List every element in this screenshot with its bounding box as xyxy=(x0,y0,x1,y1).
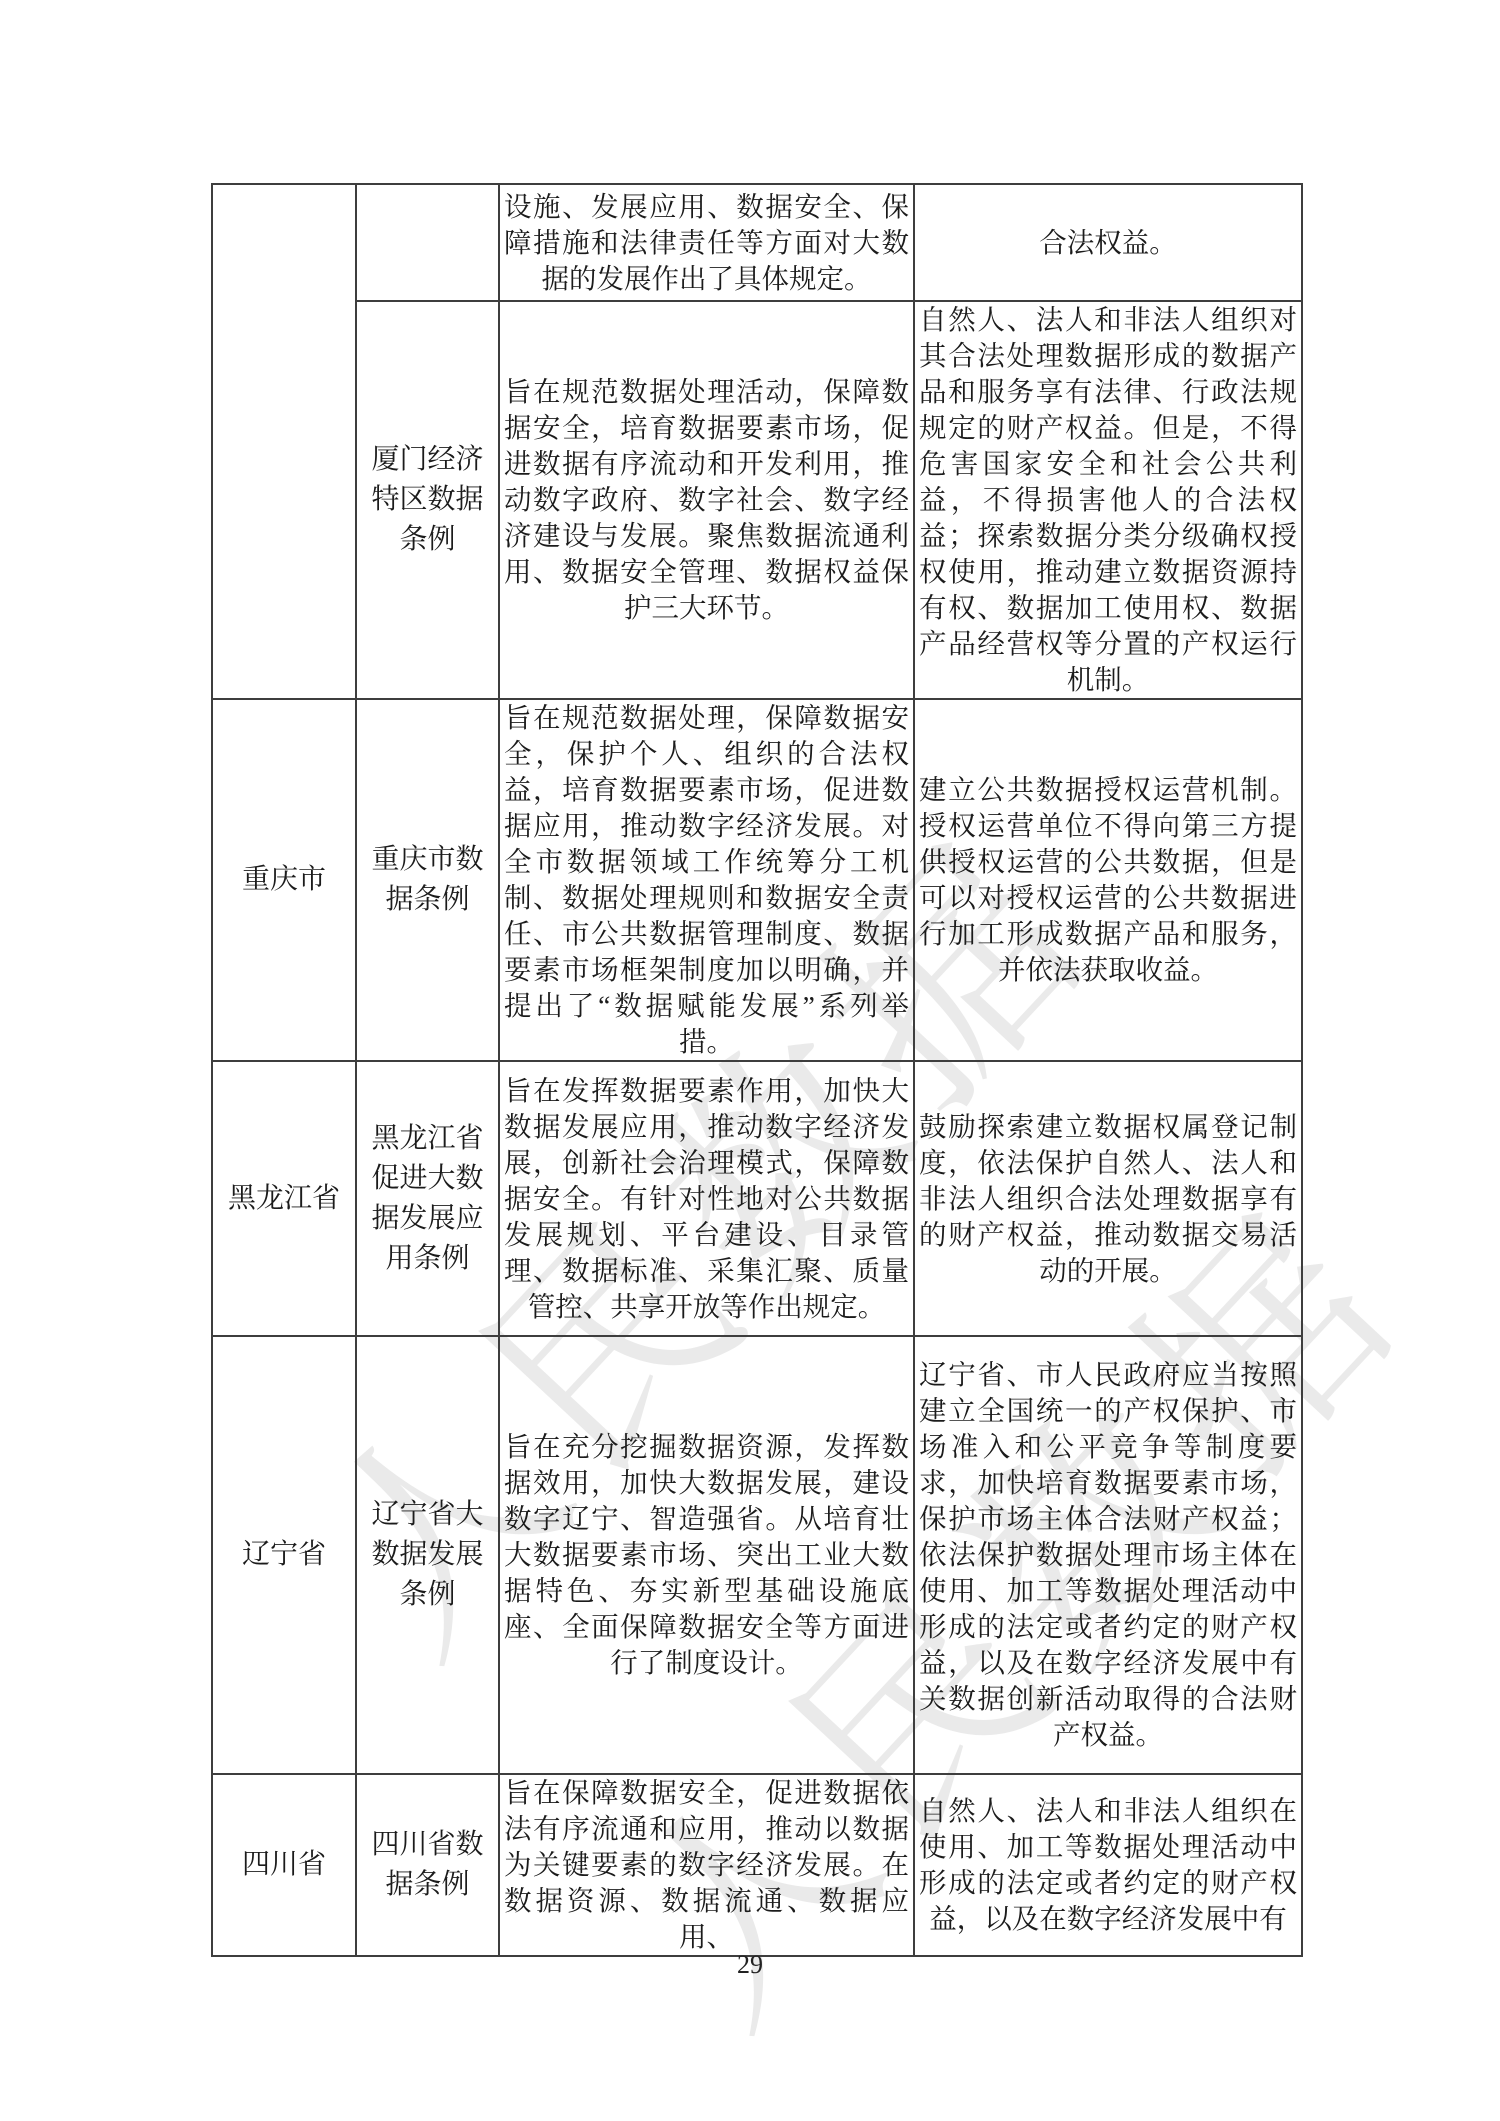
regulation-name-cell xyxy=(356,184,499,301)
rights-provision-cell: 自然人、法人和非法人组织在使用、加工等数据处理活动中形成的法定或者约定的财产权益… xyxy=(914,1774,1302,1956)
rights-provision-cell: 建立公共数据授权运营机制。授权运营单位不得向第三方提供授权运营的公共数据，但是可… xyxy=(914,699,1302,1061)
regulations-table: 设施、发展应用、数据安全、保障措施和法律责任等方面对大数据的发展作出了具体规定。… xyxy=(211,183,1303,1957)
province-cell xyxy=(212,184,356,699)
regulation-name-cell: 辽宁省大数据发展条例 xyxy=(356,1336,499,1774)
rights-provision-cell: 鼓励探索建立数据权属登记制度，依法保护自然人、法人和非法人组织合法处理数据享有的… xyxy=(914,1061,1302,1336)
province-cell: 辽宁省 xyxy=(212,1336,356,1774)
province-cell: 黑龙江省 xyxy=(212,1061,356,1336)
table-row: 重庆市 重庆市数据条例 旨在规范数据处理，保障数据安全，保护个人、组织的合法权益… xyxy=(212,699,1302,1061)
document-page: 人民数据 人民数据 设施、发展应用、数据安全、保障措施和法律责任等方面对大数据的… xyxy=(0,0,1500,2121)
table-row: 辽宁省 辽宁省大数据发展条例 旨在充分挖掘数据资源，发挥数据效用，加快大数据发展… xyxy=(212,1336,1302,1774)
rights-provision-cell: 自然人、法人和非法人组织对其合法处理数据形成的数据产品和服务享有法律、行政法规规… xyxy=(914,301,1302,699)
province-cell: 四川省 xyxy=(212,1774,356,1956)
regulation-summary-cell: 旨在保障数据安全，促进数据依法有序流通和应用，推动以数据为关键要素的数字经济发展… xyxy=(499,1774,914,1956)
table-row: 四川省 四川省数据条例 旨在保障数据安全，促进数据依法有序流通和应用，推动以数据… xyxy=(212,1774,1302,1956)
regulation-summary-cell: 旨在发挥数据要素作用，加快大数据发展应用，推动数字经济发展，创新社会治理模式，保… xyxy=(499,1061,914,1336)
regulation-name-cell: 黑龙江省促进大数据发展应用条例 xyxy=(356,1061,499,1336)
page-number: 29 xyxy=(0,1950,1500,1980)
regulation-name-cell: 重庆市数据条例 xyxy=(356,699,499,1061)
regulation-name-cell: 厦门经济特区数据条例 xyxy=(356,301,499,699)
rights-provision-cell: 辽宁省、市人民政府应当按照建立全国统一的产权保护、市场准入和公平竞争等制度要求，… xyxy=(914,1336,1302,1774)
rights-provision-cell: 合法权益。 xyxy=(914,184,1302,301)
regulation-summary-cell: 设施、发展应用、数据安全、保障措施和法律责任等方面对大数据的发展作出了具体规定。 xyxy=(499,184,914,301)
regulation-name-cell: 四川省数据条例 xyxy=(356,1774,499,1956)
province-cell: 重庆市 xyxy=(212,699,356,1061)
regulation-summary-cell: 旨在规范数据处理活动，保障数据安全，培育数据要素市场，促进数据有序流动和开发利用… xyxy=(499,301,914,699)
regulation-summary-cell: 旨在充分挖掘数据资源，发挥数据效用，加快大数据发展，建设数字辽宁、智造强省。从培… xyxy=(499,1336,914,1774)
regulation-summary-cell: 旨在规范数据处理，保障数据安全，保护个人、组织的合法权益，培育数据要素市场，促进… xyxy=(499,699,914,1061)
table-row: 设施、发展应用、数据安全、保障措施和法律责任等方面对大数据的发展作出了具体规定。… xyxy=(212,184,1302,301)
table-row: 厦门经济特区数据条例 旨在规范数据处理活动，保障数据安全，培育数据要素市场，促进… xyxy=(212,301,1302,699)
table-row: 黑龙江省 黑龙江省促进大数据发展应用条例 旨在发挥数据要素作用，加快大数据发展应… xyxy=(212,1061,1302,1336)
